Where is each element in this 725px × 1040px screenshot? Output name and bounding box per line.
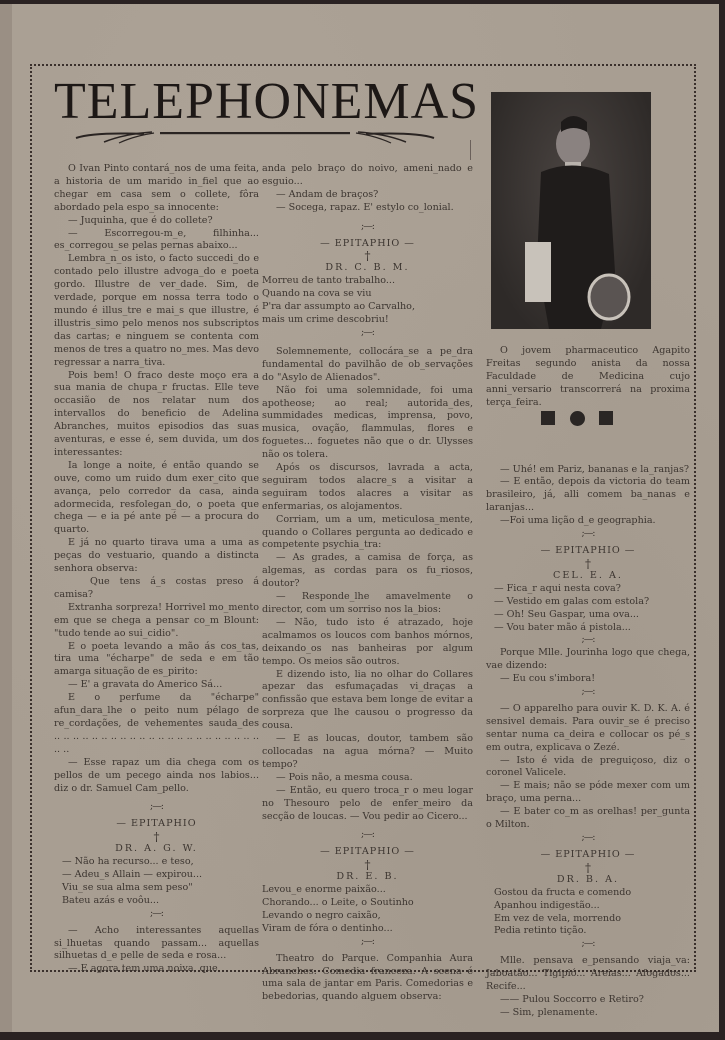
paragraph: Pois bem! O fraco deste moço era a sua m… (54, 370, 259, 460)
dialogue-line: — E as loucas, doutor, tambem são colloc… (262, 733, 473, 772)
verse-line: Bateu azás e voôu... (54, 895, 259, 908)
verse-line: Gostou da fructa e comendo (486, 887, 690, 900)
verse-line: — Oh! Seu Gaspar, uma ova... (486, 609, 690, 622)
verse-line: — Vestido em galas com estola? (486, 596, 690, 609)
dialogue-line: — Então, eu quero troca_r o meu logar no… (262, 785, 473, 824)
page-title: TELEPHONEMAS (54, 72, 454, 132)
paragraph: Solemnemente, collocára_se a pe_dra fund… (262, 346, 473, 385)
verse-line: P'ra dar assumpto ao Carvalho, (262, 301, 473, 314)
paragraph: Ia longe a noite, é então quando se ouve… (54, 460, 259, 537)
verse-line: — Fica_r aqui nesta cova? (486, 583, 690, 596)
paragraph: Theatro do Parque. Companhia Aura Abranc… (262, 953, 473, 1005)
dialogue-line: — Socega, rapaz. E' estylo co_lonial. (262, 202, 473, 215)
dialogue-line: Que tens á_s costas preso á camisa? (54, 576, 259, 602)
paragraph: anda pelo braço do noivo, ameni_nado e e… (262, 163, 473, 189)
paragraph: Porque Mlle. Jourinha logo que chega, va… (486, 647, 690, 673)
paragraph: E o perfume da "écharpe" afun_dara_lhe o… (54, 692, 259, 757)
paragraph: Lembra_n_os isto, o facto succedi_do e c… (54, 253, 259, 369)
section-separator: ;—: (262, 936, 473, 949)
dialogue-line: — Pois não, a mesma cousa. (262, 772, 473, 785)
dialogue-line: — Responde_lhe amavelmente o director, c… (262, 591, 473, 617)
verse-line: — Não ha recurso... e teso, (54, 856, 259, 869)
cross-icon: † (54, 831, 259, 843)
section-separator: ;—: (262, 221, 473, 234)
dialogue-line: — E mais; não se póde mexer com um braço… (486, 780, 690, 806)
dialogue-line: — Eu cou s'imbora! (486, 673, 690, 686)
dialogue-line: — Andam de braços? (262, 189, 473, 202)
verse-line: Morreu de tanto trabalho... (262, 275, 473, 288)
epitaph-name: DR. C. B. M. (262, 262, 473, 275)
dialogue-line: —Foi uma lição d_e geographia. (486, 515, 690, 528)
title-flourish-ornament (74, 126, 436, 146)
section-separator: ;—: (486, 832, 690, 845)
section-separator: ;—: (486, 528, 690, 541)
portrait-photo (491, 92, 651, 329)
paragraph: Não foi uma solemnidade, foi uma apotheo… (262, 385, 473, 462)
epitaph-name: CEL. E. A. (486, 570, 690, 583)
paragraph: E dizendo isto, lia no olhar do Collares… (262, 669, 473, 734)
dialogue-line: — E bater co_m as orelhas! per_gunta o M… (486, 806, 690, 832)
verse-line: — Vou bater mão á pistola... (486, 622, 690, 635)
dialogue-line: — Sim, plenamente. (486, 1007, 690, 1020)
paragraph: Mlle. pensava e_pensando viaja_va: Jaboa… (486, 955, 690, 994)
page-spine (0, 4, 12, 1032)
verse-line: Apanhou indigestão... (486, 900, 690, 913)
epitaph-name: DR. A. G. W. (54, 843, 259, 856)
article-column-1: O Ivan Pinto contará_nos de uma feita, a… (54, 163, 259, 976)
dialogue-line: — E agora tem uma noiva, que (54, 963, 259, 976)
section-separator: ;—: (262, 327, 473, 340)
verse-line: Levando o negro caixão, (262, 910, 473, 923)
verse-line: Viram de fóra o dentinho... (262, 923, 473, 936)
circle-ornament-icon (570, 411, 585, 426)
square-ornament-icon (541, 411, 555, 425)
epitaph-name: DR. B. A. (486, 874, 690, 887)
dialogue-line: — O apparelho para ouvir K. D. K. A. é s… (486, 703, 690, 755)
paragraph: O Ivan Pinto contará_nos de uma feita, a… (54, 163, 259, 215)
paragraph: Após os discursos, lavrada a acta, segui… (262, 462, 473, 514)
paragraph: E já no quarto tirava uma a uma as peças… (54, 537, 259, 576)
epitaph-heading: — EPITAPHIO — (486, 849, 690, 862)
ornament-spacer (486, 410, 690, 464)
verse-line: Quando na cova se viu (262, 288, 473, 301)
dialogue-line: — E então, depois da victoria do team br… (486, 476, 690, 515)
dialogue-line: —— Pulou Soccorro e Retiro? (486, 994, 690, 1007)
dialogue-line: — Uhé! em Pariz, bananas e la_ranjas? (486, 464, 690, 477)
paragraph: Corriam, um a um, meticulosa_mente, quan… (262, 514, 473, 553)
section-separator: ;—: (486, 938, 690, 951)
cross-icon: † (262, 250, 473, 262)
verse-line: — Adeu_s Allain — expirou... (54, 869, 259, 882)
cross-icon: † (486, 558, 690, 570)
square-ornament-icon (599, 411, 613, 425)
epitaph-heading: — EPITAPHIO — (486, 545, 690, 558)
cross-icon: † (486, 862, 690, 874)
dialogue-line: — As grades, a camisa de força, as algem… (262, 552, 473, 591)
section-separator: ;—: (486, 686, 690, 699)
portrait-figure-icon (491, 92, 651, 329)
verse-line: mais um crime descobriu! (262, 314, 473, 327)
section-separator: ;—: (486, 634, 690, 647)
paragraph: E o poeta levando a mão ás cos_tas, tira… (54, 641, 259, 680)
section-separator: ;—: (262, 829, 473, 842)
dialogue-line: — Esse rapaz um dia chega com os pellos … (54, 757, 259, 796)
dialogue-line: — Escorregou-m_e, filhinha... es_corrego… (54, 228, 259, 254)
verse-line: Em vez de vela, morrendo (486, 913, 690, 926)
section-separator: ;—: (54, 908, 259, 921)
article-column-2: anda pelo braço do noivo, ameni_nado e e… (262, 163, 473, 1004)
verse-line: Pedia retinto tição. (486, 925, 690, 938)
dialogue-line: — Juquinha, que é do collete? (54, 215, 259, 228)
cross-icon: † (262, 859, 473, 871)
dialogue-line: — E' a gravata do Americo Sá... (54, 679, 259, 692)
article-column-3: O jovem pharmaceutico Agapito Freitas se… (486, 345, 690, 1020)
paragraph: Extranha sorpreza! Horrivel mo_mento em … (54, 602, 259, 641)
dialogue-line: — Acho interessantes aquellas si_lhuetas… (54, 925, 259, 964)
epitaph-name: DR. E. B. (262, 871, 473, 884)
section-separator: ;—: (54, 801, 259, 814)
photo-caption: O jovem pharmaceutico Agapito Freitas se… (486, 345, 690, 410)
dialogue-line: — Isto é vida de preguiçoso, diz o coron… (486, 755, 690, 781)
column-divider (470, 140, 471, 160)
verse-line: Viu_se sua alma sem peso" (54, 882, 259, 895)
verse-line: Chorando... o Leite, o Soutinho (262, 897, 473, 910)
dialogue-line: — Não, tudo isto é atrazado, hoje acalma… (262, 617, 473, 669)
verse-line: Levou_e enorme paixão... (262, 884, 473, 897)
